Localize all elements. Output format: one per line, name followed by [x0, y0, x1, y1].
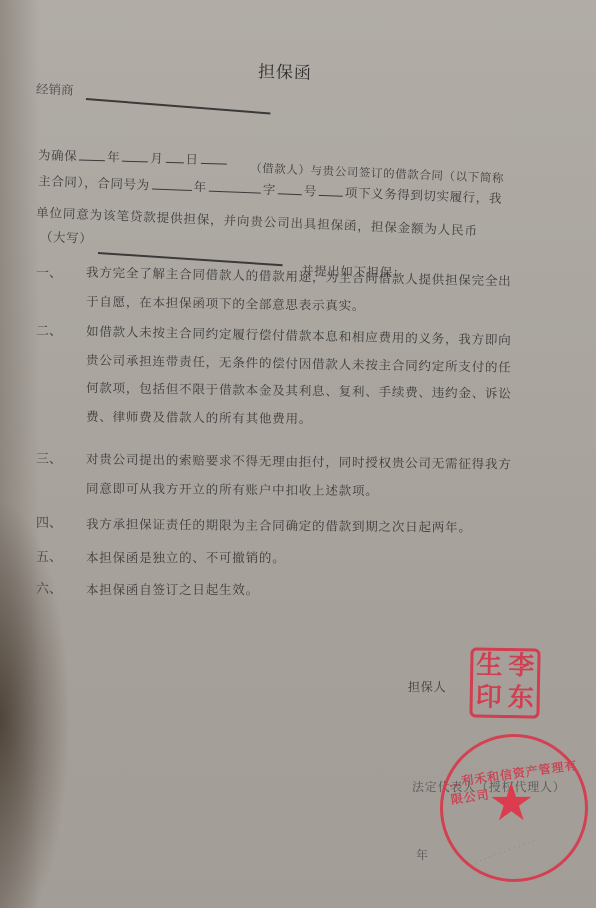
- clause-2-line-4: 费、律师费及借款人的所有其他费用。: [86, 407, 312, 427]
- blank: [152, 178, 192, 191]
- blank: [200, 153, 226, 165]
- company-seal: ★ …利禾和信资产管理有限公司 · · · · · · · · · · · · …: [440, 734, 588, 882]
- preamble-line-4-prefix: （大写）: [40, 227, 93, 247]
- year-label: 年: [107, 149, 121, 164]
- hao-label: 号: [304, 183, 318, 198]
- blank: [122, 151, 148, 163]
- blank: [209, 181, 261, 194]
- blank: [278, 183, 302, 195]
- clause-5-line-1: 本担保函是独立的、不可撤销的。: [86, 548, 286, 566]
- seal-char: 李: [505, 651, 538, 684]
- contract-no-label: 主合同），合同号为: [38, 173, 150, 192]
- document-title: 担保函: [258, 57, 313, 83]
- seal-char: 东: [504, 683, 537, 716]
- zi-label: 字: [262, 182, 276, 197]
- day-label: 日: [185, 151, 199, 166]
- clause-4-number: 四、: [36, 512, 62, 531]
- preamble-prefix: 为确保: [38, 147, 78, 163]
- seal-char: 印: [472, 682, 505, 715]
- clause-6-number: 六、: [36, 578, 62, 597]
- dealer-label: 经销商: [36, 79, 74, 98]
- personal-seal: 生 李 印 东: [469, 647, 540, 718]
- month-label: 月: [150, 150, 164, 165]
- clause-5-number: 五、: [36, 546, 62, 565]
- date-year-label: 年: [416, 846, 429, 863]
- company-seal-code: · · · · · · · · · · · · ·: [474, 838, 537, 866]
- clause-4-line-1: 我方承担保证责任的期限为主合同确定的借款到期之次日起两年。: [86, 514, 472, 535]
- blank: [79, 149, 105, 161]
- guarantor-label: 担保人: [408, 678, 446, 695]
- year-label: 年: [193, 179, 207, 194]
- clause-6-line-1: 本担保函自签订之日起生效。: [86, 580, 259, 598]
- seal-char: 生: [473, 650, 506, 683]
- clause-3-line-2: 同意即可从我方开立的所有账户中扣收上述款项。: [86, 479, 379, 500]
- clause-1-number: 一、: [36, 262, 62, 281]
- clause-3-number: 三、: [36, 448, 62, 467]
- blank: [319, 185, 343, 197]
- blank: [165, 152, 183, 163]
- clause-2-number: 二、: [36, 320, 62, 339]
